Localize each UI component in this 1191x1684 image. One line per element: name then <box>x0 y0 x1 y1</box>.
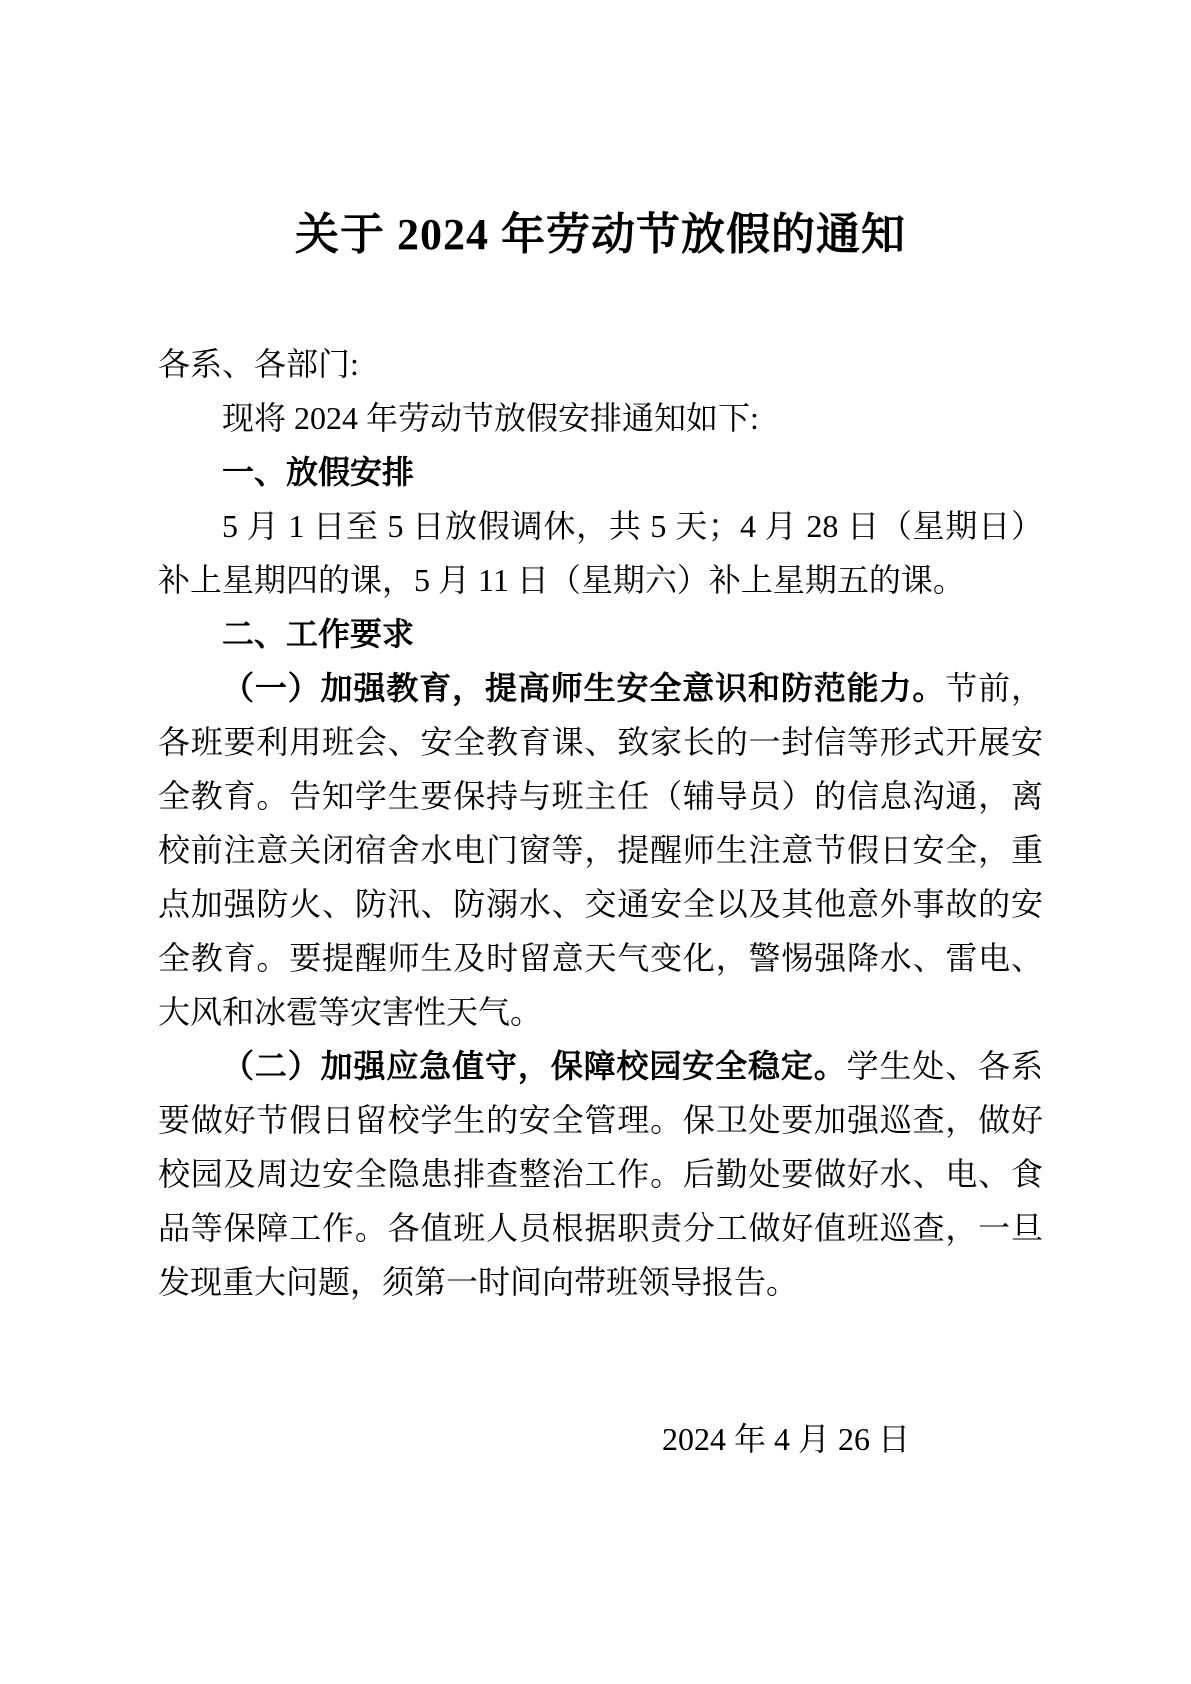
document-date: 2024 年 4 月 26 日 <box>158 1412 1043 1466</box>
section-2-heading: 二、工作要求 <box>158 607 1043 661</box>
section-2-paragraph-2: （二）加强应急值守，保障校园安全稳定。学生处、各系要做好节假日留校学生的安全管理… <box>158 1039 1043 1309</box>
section-2-paragraph-1-lead: （一）加强教育，提高师生安全意识和防范能力。 <box>222 670 945 706</box>
notice-document-page: 关于 2024 年劳动节放假的通知 各系、各部门: 现将 2024 年劳动节放假… <box>0 0 1191 1684</box>
section-2-paragraph-1: （一）加强教育，提高师生安全意识和防范能力。节前，各班要利用班会、安全教育课、致… <box>158 661 1043 1039</box>
section-2-paragraph-2-text: 学生处、各系要做好节假日留校学生的安全管理。保卫处要加强巡查，做好校园及周边安全… <box>158 1048 1043 1300</box>
intro-line: 现将 2024 年劳动节放假安排通知如下: <box>158 391 1043 445</box>
salutation-line: 各系、各部门: <box>158 337 1043 391</box>
section-2-paragraph-2-lead: （二）加强应急值守，保障校园安全稳定。 <box>222 1048 847 1084</box>
section-1-heading: 一、放假安排 <box>158 445 1043 499</box>
document-title: 关于 2024 年劳动节放假的通知 <box>158 210 1043 260</box>
section-2-paragraph-1-text: 节前，各班要利用班会、安全教育课、致家长的一封信等形式开展安全教育。告知学生要保… <box>158 670 1043 1030</box>
section-1-paragraph: 5 月 1 日至 5 日放假调休，共 5 天；4 月 28 日（星期日）补上星期… <box>158 499 1043 607</box>
